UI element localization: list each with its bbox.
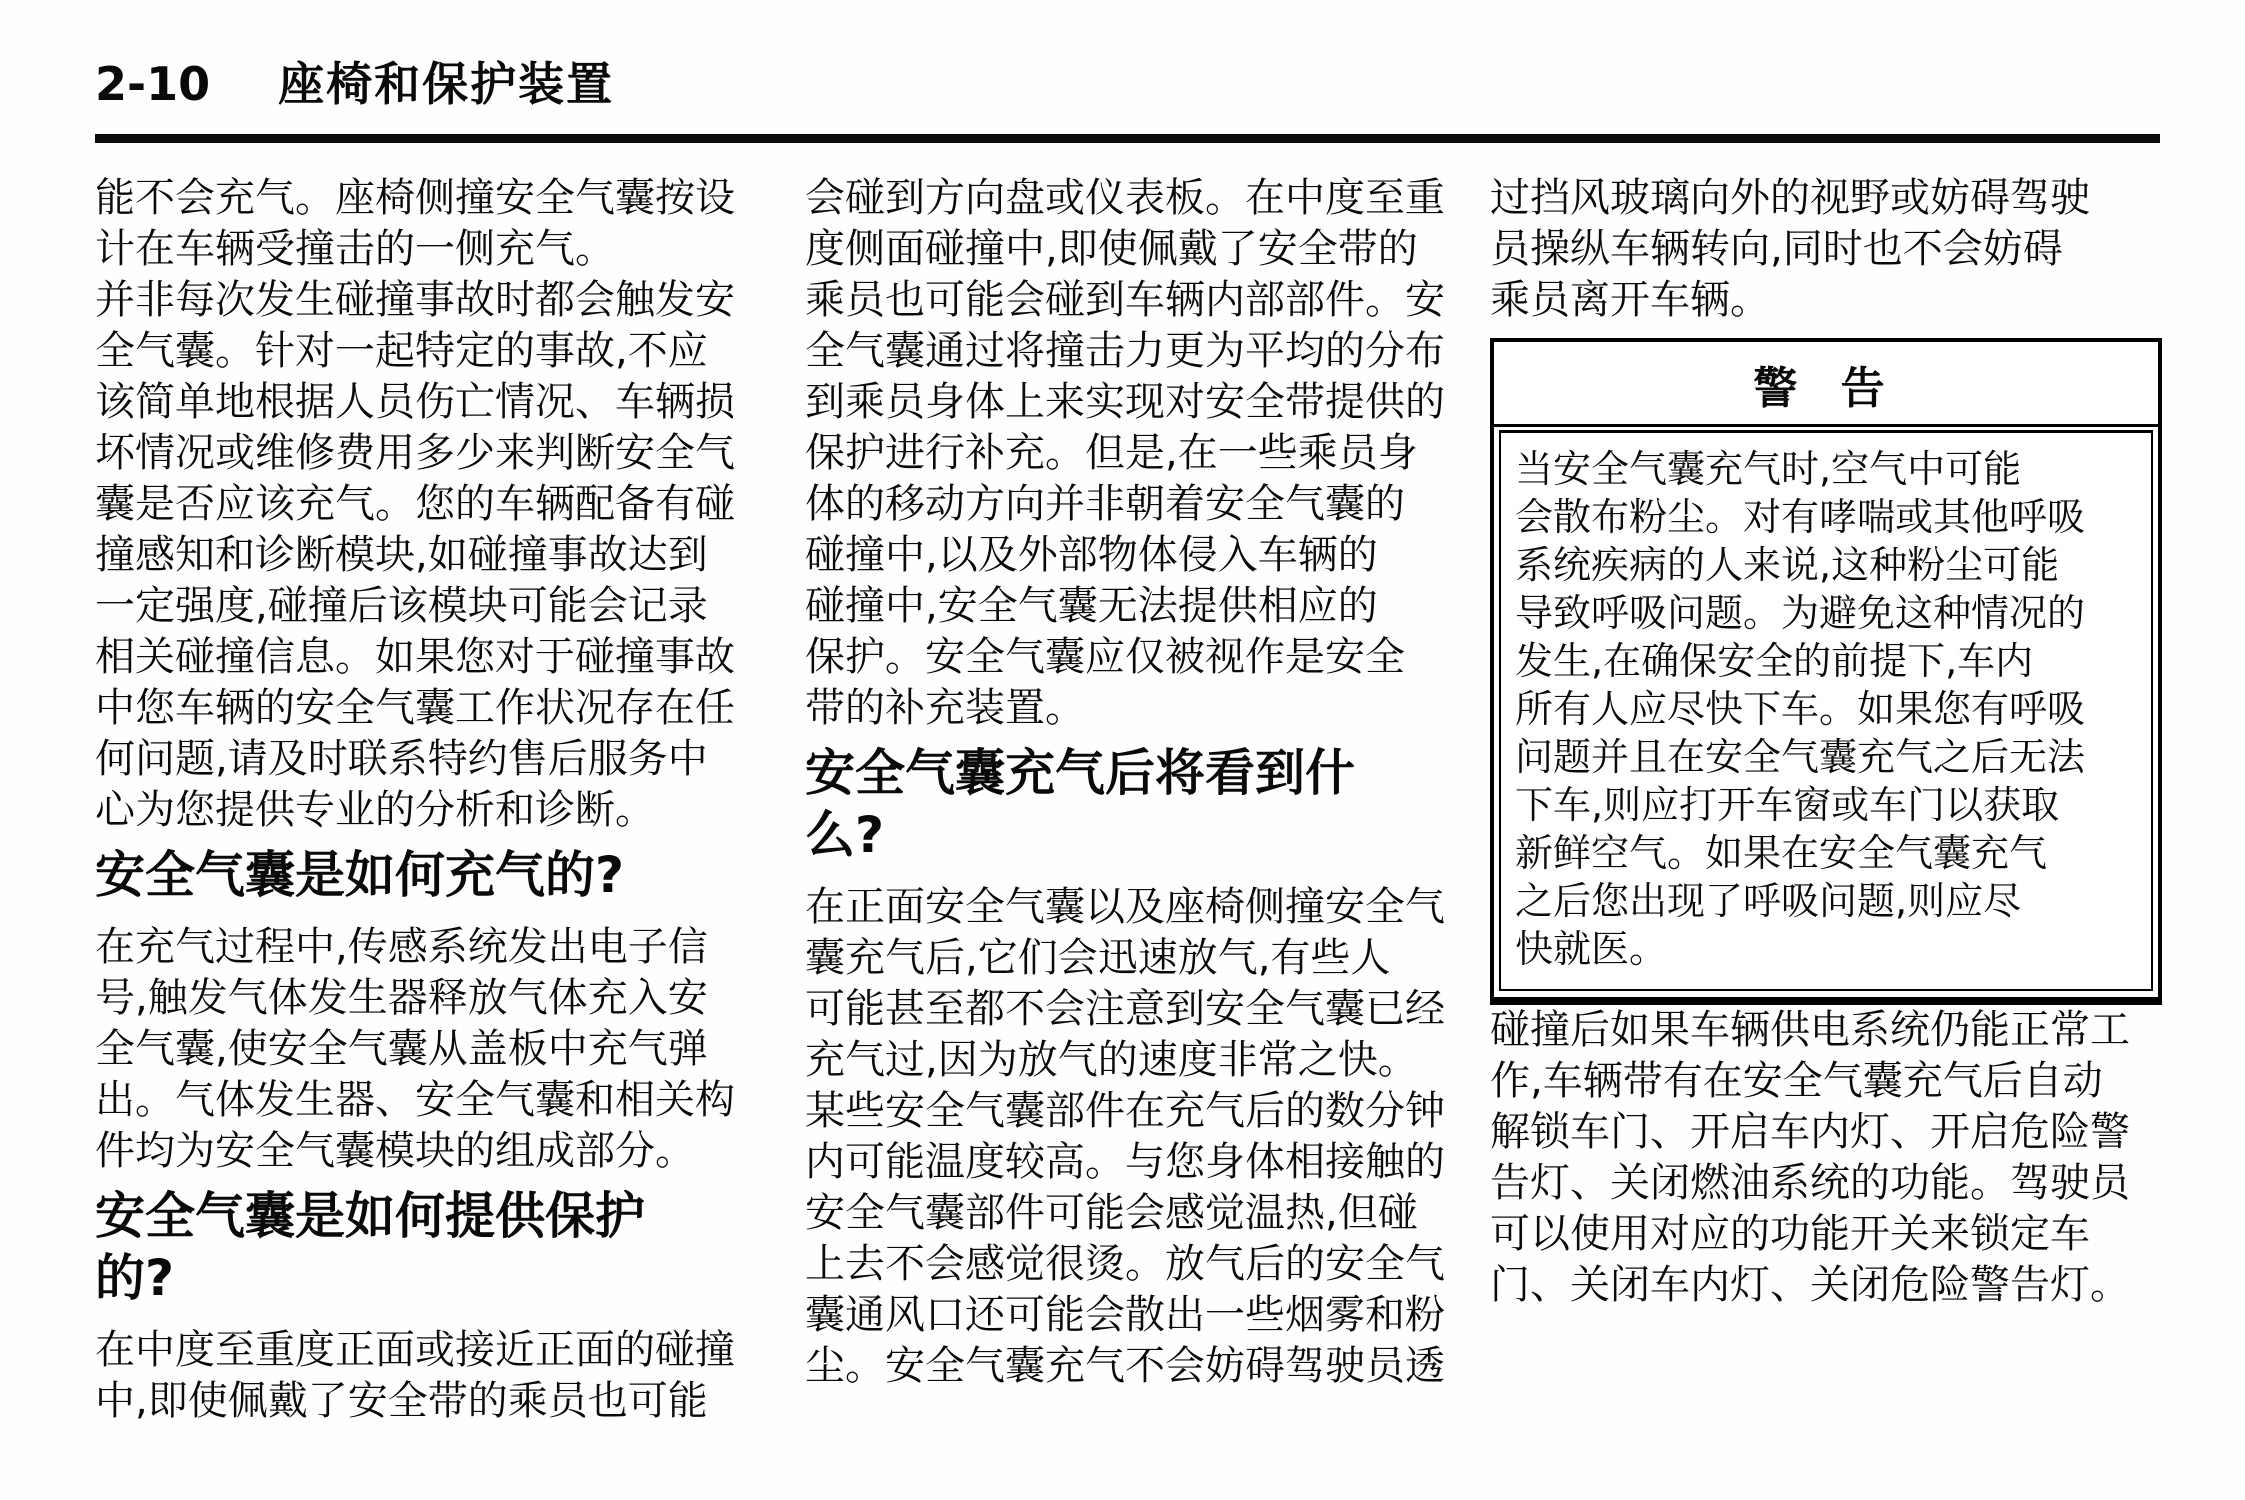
- paragraph-inflation-process: 在充气过程中,传感系统发出电子信 号,触发气体发生器释放气体充入安 全气囊,使安…: [95, 922, 735, 1177]
- page-title: 座椅和保护装置: [278, 48, 614, 114]
- warning-box: 警 告 当安全气囊充气时,空气中可能 会散布粉尘。对有哮喘或其他呼吸 系统疾病的…: [1490, 338, 2162, 1005]
- section-heading-how-airbag-protects: 安全气囊是如何提供保护 的?: [95, 1185, 735, 1309]
- column-2: 会碰到方向盘或仪表板。在中度至重 度侧面碰撞中,即使佩戴了安全带的 乘员也可能会…: [805, 173, 1445, 1427]
- column-1: 能不会充气。座椅侧撞安全气囊按设 计在车辆受撞击的一侧充气。 并非每次发生碰撞事…: [95, 173, 735, 1427]
- paragraph-protection-continued: 会碰到方向盘或仪表板。在中度至重 度侧面碰撞中,即使佩戴了安全带的 乘员也可能会…: [805, 173, 1445, 734]
- content-columns: 能不会充气。座椅侧撞安全气囊按设 计在车辆受撞击的一侧充气。 并非每次发生碰撞事…: [95, 173, 2160, 1427]
- section-heading-how-airbag-inflates: 安全气囊是如何充气的?: [95, 844, 735, 906]
- paragraph-after-inflation: 在正面安全气囊以及座椅侧撞安全气 囊充气后,它们会迅速放气,有些人 可能甚至都不…: [805, 882, 1445, 1392]
- warning-title: 警 告: [1494, 342, 2158, 427]
- page-header: 2-10 座椅和保护装置: [95, 48, 2160, 114]
- warning-body: 当安全气囊充气时,空气中可能 会散布粉尘。对有哮喘或其他呼吸 系统疾病的人来说,…: [1499, 430, 2153, 991]
- column-3: 过挡风玻璃向外的视野或妨碍驾驶 员操纵车辆转向,同时也不会妨碍 乘员离开车辆。 …: [1490, 173, 2162, 1427]
- paragraph-post-crash-functions: 碰撞后如果车辆供电系统仍能正常工 作,车辆带有在安全气囊充气后自动 解锁车门、开…: [1490, 1005, 2162, 1311]
- section-heading-after-inflation: 安全气囊充气后将看到什 么?: [805, 742, 1445, 866]
- header-rule: [95, 134, 2160, 143]
- manual-page: 2-10 座椅和保护装置 能不会充气。座椅侧撞安全气囊按设 计在车辆受撞击的一侧…: [0, 0, 2245, 1500]
- page-number: 2-10: [95, 57, 210, 111]
- paragraph-protection-intro: 在中度至重度正面或接近正面的碰撞 中,即使佩戴了安全带的乘员也可能: [95, 1325, 735, 1427]
- paragraph-visibility: 过挡风玻璃向外的视野或妨碍驾驶 员操纵车辆转向,同时也不会妨碍 乘员离开车辆。: [1490, 173, 2162, 326]
- paragraph-airbag-deploy-conditions: 能不会充气。座椅侧撞安全气囊按设 计在车辆受撞击的一侧充气。 并非每次发生碰撞事…: [95, 173, 735, 836]
